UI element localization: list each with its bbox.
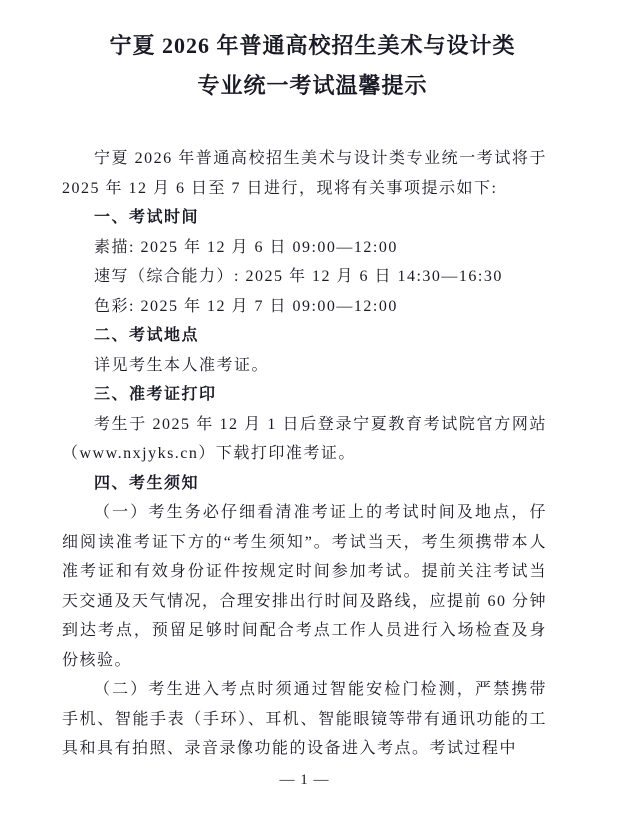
intro-paragraph: 宁夏 2026 年普通高校招生美术与设计类专业统一考试将于 2025 年 12 … [62,144,547,203]
notice-item-1: （一）考生务必仔细看清准考证上的考试时间及地点，仔细阅读准考证下方的“考生须知”… [62,498,547,675]
section-heading-exam-time: 一、考试时间 [62,203,547,233]
document-body: 宁夏 2026 年普通高校招生美术与设计类专业统一考试将于 2025 年 12 … [62,144,547,764]
notice-item-2: （二）考生进入考点时须通过智能安检门检测，严禁携带手机、智能手表（手环）、耳机、… [62,675,547,764]
section-heading-exam-place: 二、考试地点 [62,321,547,351]
section-heading-ticket: 三、准考证打印 [62,380,547,410]
document-title-line-2: 专业统一考试温馨提示 [0,66,625,106]
exam-time-quick-sketch: 速写（综合能力）: 2025 年 12 月 6 日 14:30—16:30 [62,262,547,292]
document-page: 宁夏 2026 年普通高校招生美术与设计类 专业统一考试温馨提示 宁夏 2026… [0,0,625,814]
document-title-line-1: 宁夏 2026 年普通高校招生美术与设计类 [0,26,625,66]
ticket-print-text: 考生于 2025 年 12 月 1 日后登录宁夏教育考试院官方网站（www.nx… [62,410,547,469]
exam-time-color: 色彩: 2025 年 12 月 7 日 09:00—12:00 [62,292,547,322]
section-heading-notice: 四、考生须知 [62,469,547,499]
exam-time-sketch: 素描: 2025 年 12 月 6 日 09:00—12:00 [62,233,547,263]
document-title: 宁夏 2026 年普通高校招生美术与设计类 专业统一考试温馨提示 [0,26,625,106]
page-number: — 1 — [0,772,609,789]
exam-place-text: 详见考生本人准考证。 [62,351,547,381]
